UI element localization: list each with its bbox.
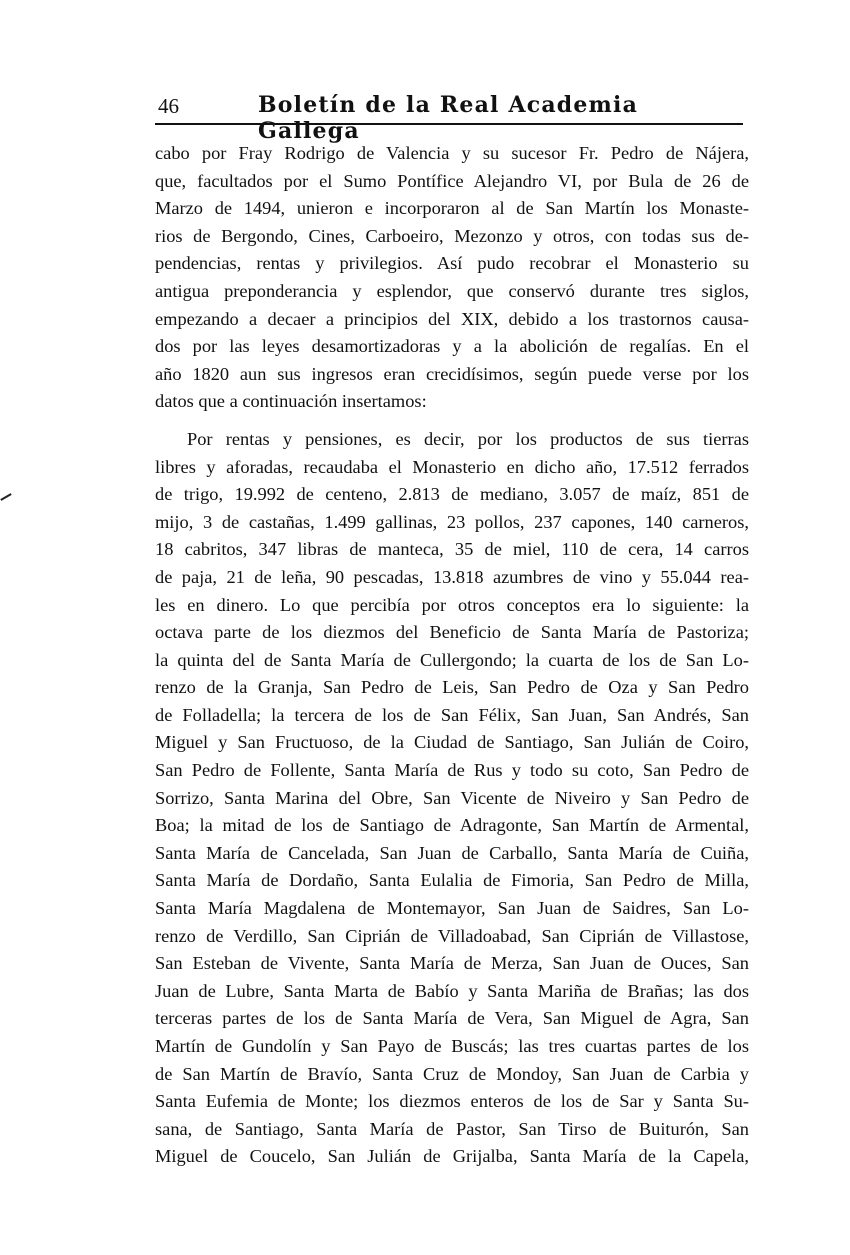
text-line: libres y aforadas, recaudaba el Monaster… [155, 454, 749, 482]
page-number: 46 [158, 94, 179, 119]
text-line: San Esteban de Vivente, Santa María de M… [155, 950, 749, 978]
text-line: 18 cabritos, 347 libras de manteca, 35 d… [155, 536, 749, 564]
text-line: rios de Bergondo, Cines, Carboeiro, Mezo… [155, 223, 749, 251]
text-line: Miguel y San Fructuoso, de la Ciudad de … [155, 729, 749, 757]
text-line: Juan de Lubre, Santa Marta de Babío y Sa… [155, 978, 749, 1006]
body-text: cabo por Fray Rodrigo de Valencia y su s… [155, 140, 749, 1171]
text-line: la quinta del de Santa María de Cullergo… [155, 647, 749, 675]
text-line: Martín de Gundolín y San Payo de Buscás;… [155, 1033, 749, 1061]
text-line: que, facultados por el Sumo Pontífice Al… [155, 168, 749, 196]
text-line: Sorrizo, Santa Marina del Obre, San Vice… [155, 785, 749, 813]
text-line: San Pedro de Follente, Santa María de Ru… [155, 757, 749, 785]
text-line: pendencias, rentas y privilegios. Así pu… [155, 250, 749, 278]
text-line: de San Martín de Bravío, Santa Cruz de M… [155, 1061, 749, 1089]
running-title: Boletín de la Real Academia Gallega [258, 92, 745, 144]
text-line: les en dinero. Lo que percibía por otros… [155, 592, 749, 620]
text-line: año 1820 aun sus ingresos eran crecidísi… [155, 361, 749, 389]
text-line: Santa María Magdalena de Montemayor, San… [155, 895, 749, 923]
text-line: dos por las leyes desamortizadoras y a l… [155, 333, 749, 361]
margin-mark [0, 493, 11, 501]
text-line: empezando a decaer a principios del XIX,… [155, 306, 749, 334]
text-line: Por rentas y pensiones, es decir, por lo… [155, 426, 749, 454]
paragraph-2: Por rentas y pensiones, es decir, por lo… [155, 426, 749, 1171]
text-line: datos que a continuación insertamos: [155, 388, 749, 416]
text-line: mijo, 3 de castañas, 1.499 gallinas, 23 … [155, 509, 749, 537]
text-line: Boa; la mitad de los de Santiago de Adra… [155, 812, 749, 840]
text-line: Santa María de Cancelada, San Juan de Ca… [155, 840, 749, 868]
text-line: Santa María de Dordaño, Santa Eulalia de… [155, 867, 749, 895]
text-line: sana, de Santiago, Santa María de Pastor… [155, 1116, 749, 1144]
page-header: 46 Boletín de la Real Academia Gallega [155, 88, 745, 126]
text-line: antigua preponderancia y esplendor, que … [155, 278, 749, 306]
text-line: de Folladella; la tercera de los de San … [155, 702, 749, 730]
text-line: terceras partes de los de Santa María de… [155, 1005, 749, 1033]
header-rule [155, 123, 743, 125]
text-line: octava parte de los diezmos del Benefici… [155, 619, 749, 647]
text-line: Santa Eufemia de Monte; los diezmos ente… [155, 1088, 749, 1116]
text-line: Marzo de 1494, unieron e incorporaron al… [155, 195, 749, 223]
text-line: renzo de Verdillo, San Ciprián de Villad… [155, 923, 749, 951]
paragraph-gap [155, 416, 749, 426]
text-line: de trigo, 19.992 de centeno, 2.813 de me… [155, 481, 749, 509]
paragraph-1: cabo por Fray Rodrigo de Valencia y su s… [155, 140, 749, 416]
text-line: Miguel de Coucelo, San Julián de Grijalb… [155, 1143, 749, 1171]
text-line: de paja, 21 de leña, 90 pescadas, 13.818… [155, 564, 749, 592]
text-line: cabo por Fray Rodrigo de Valencia y su s… [155, 140, 749, 168]
text-line: renzo de la Granja, San Pedro de Leis, S… [155, 674, 749, 702]
